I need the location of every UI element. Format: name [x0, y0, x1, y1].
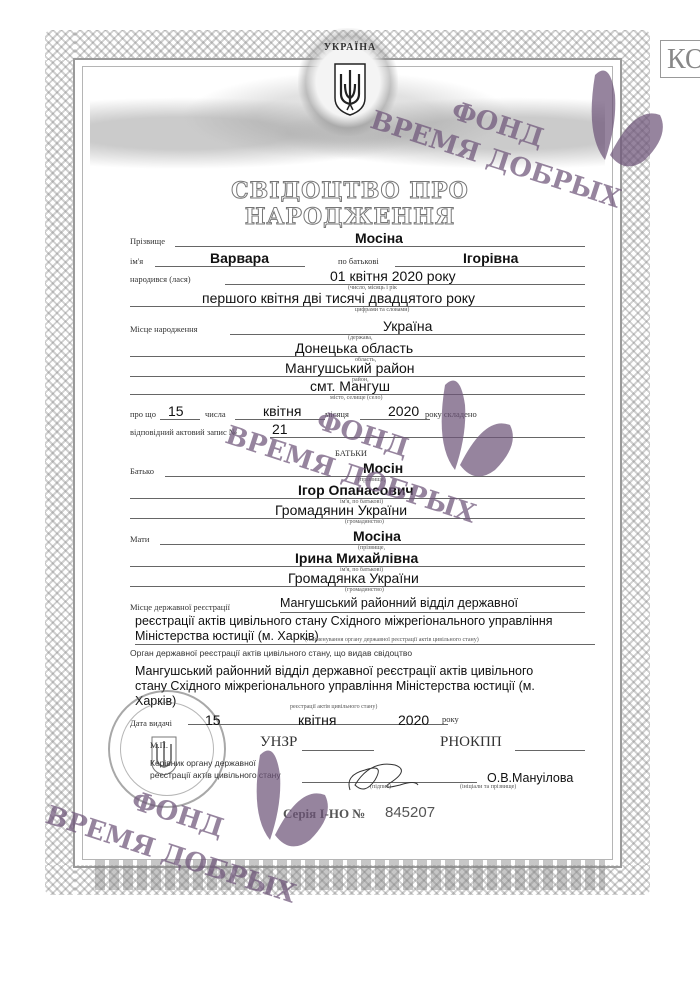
mother-citizenship: Громадянка України [288, 570, 419, 586]
butterfly-logo-icon [240, 745, 330, 865]
caption: (громадянство) [345, 519, 384, 525]
underline [160, 419, 200, 420]
birthplace-district: Мангушський район [285, 360, 415, 376]
birthplace-label: Місце народження [130, 324, 198, 334]
caption: (найменування органу державної реєстраці… [305, 637, 479, 643]
surname-row: Прізвище Мосіна [130, 232, 585, 248]
registration-place-label: Місце державної реєстрації [130, 602, 230, 612]
underline [395, 266, 585, 267]
butterfly-logo-icon [575, 65, 665, 185]
mother-surname-row: Мати Мосіна (прізвище, [130, 530, 585, 546]
underline [230, 334, 585, 335]
record-label: відповідний актовий запис № [130, 427, 237, 437]
record-prefix: про що [130, 409, 156, 419]
issue-year-suffix: року [442, 714, 459, 724]
birthplace-region-row: Донецька область область, [130, 342, 585, 358]
birth-date-words: першого квітня дві тисячі двадцятого рок… [202, 290, 475, 306]
underline [235, 419, 325, 420]
record-day: 15 [168, 403, 184, 419]
mother-name-row: Ірина Михайлівна ім'я, по батькові) [130, 552, 585, 568]
birthplace-settlement: смт. Мангуш [310, 378, 390, 394]
issuer-label: Орган державної реєстрації актів цивільн… [130, 646, 412, 661]
rnokpp-field [515, 750, 585, 751]
official-name: О.В.Мануілова [487, 771, 573, 785]
name-row: ім'я Варвара по батькові Ігорівна [130, 252, 585, 268]
mother-surname: Мосіна [353, 528, 401, 544]
mother-citizenship-row: Громадянка України (громадянство) [130, 572, 585, 588]
father-citizenship: Громадянин України [275, 502, 407, 518]
patronymic-label: по батькові [338, 256, 379, 266]
father-label: Батько [130, 466, 154, 476]
child-surname: Мосіна [355, 230, 403, 246]
birthplace-region: Донецька область [295, 340, 413, 356]
day-label: числа [205, 409, 226, 419]
birthplace-settlement-row: смт. Мангуш місто, селище (село) [130, 380, 585, 396]
birthdate-row: народився (лася) 01 квітня 2020 року (чи… [130, 270, 585, 286]
caption: цифрами та словами) [355, 307, 409, 313]
issue-month: квітня [298, 712, 336, 728]
surname-label: Прізвище [130, 236, 165, 246]
birthplace-country: Україна [383, 318, 432, 334]
caption: місто, селище (село) [330, 395, 382, 401]
ids-row: М.П. УНЗР РНОКПП [130, 736, 585, 752]
underline [225, 284, 585, 285]
issue-year: 2020 [398, 712, 429, 728]
registration-place-row: Місце державної реєстрації Мангушський р… [130, 598, 585, 614]
birthdate-words-row: першого квітня дві тисячі двадцятого рок… [130, 292, 585, 308]
child-patronymic: Ігорівна [463, 250, 518, 266]
series-number: 845207 [385, 805, 435, 820]
butterfly-logo-icon [425, 375, 515, 495]
father-citizenship-row: Громадянин України (громадянство) [130, 504, 585, 520]
name-label: ім'я [130, 256, 143, 266]
underline [155, 266, 305, 267]
issue-date-row: Дата видачі 15 квітня 2020 року [130, 714, 585, 730]
issuer-line2: стану Східного міжрегіонального управлін… [135, 679, 595, 694]
signature [340, 755, 420, 800]
child-name: Варвара [210, 250, 269, 266]
rnokpp-label: РНОКПП [440, 734, 502, 751]
trident-coat-of-arms-icon [333, 62, 367, 117]
record-month: квітня [263, 403, 301, 419]
underline [360, 419, 430, 420]
caption: (громадянство) [345, 587, 384, 593]
seal-label: М.П. [150, 740, 168, 750]
mother-name: Ірина Михайлівна [295, 550, 418, 566]
underline [175, 246, 585, 247]
birthplace-district-row: Мангушський район район, [130, 362, 585, 378]
registration-place-line1: Мангушський районний відділ державної [280, 596, 518, 610]
record-year: 2020 [388, 403, 419, 419]
registration-place-line2: реєстрації актів цивільного стану Східно… [135, 614, 595, 629]
underline [280, 612, 585, 613]
issue-day: 15 [205, 712, 221, 728]
document-title: СВІДОЦТВО ПРО НАРОДЖЕННЯ [150, 178, 550, 230]
birth-date-digits: 01 квітня 2020 року [330, 268, 456, 284]
birthplace-country-row: Місце народження Україна (держава, [130, 320, 585, 336]
issuer-line1: Мангушський районний відділ державної ре… [135, 664, 595, 679]
caption: реєстрації актів цивільного стану) [290, 704, 377, 710]
issue-date-label: Дата видачі [130, 718, 172, 728]
country-name: УКРАЇНА [318, 42, 382, 53]
copy-stamp: КОПІ [660, 40, 700, 78]
mother-label: Мати [130, 534, 149, 544]
born-label: народився (лася) [130, 274, 191, 284]
